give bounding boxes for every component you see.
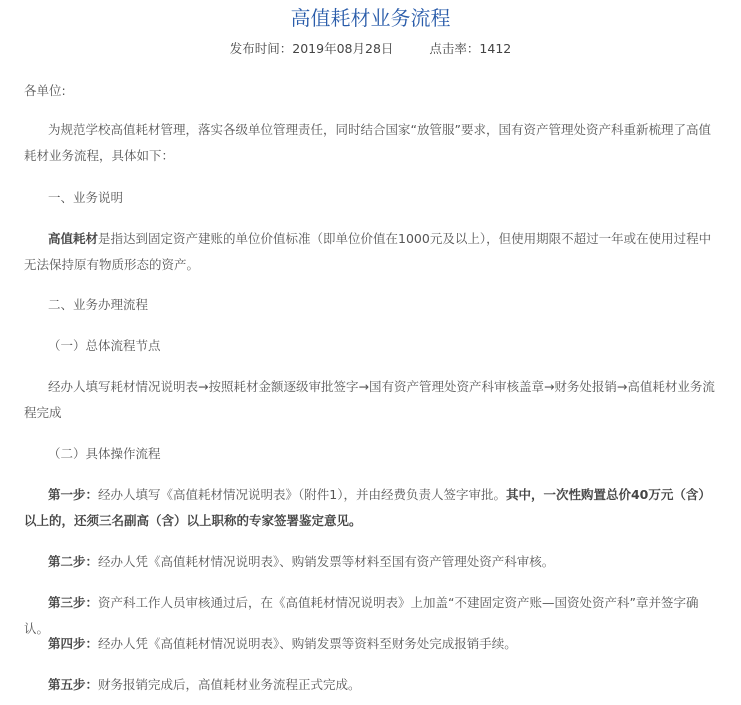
article-meta: 发布时间：2019年08月28日点击率：1412: [0, 40, 741, 58]
definition-term: 高值耗材: [48, 231, 98, 246]
click-count-label: 点击率：: [429, 41, 479, 56]
overall-flow-paragraph: 经办人填写耗材情况说明表→按照耗材金额逐级审批签字→国有资产管理处资产科审核盖章…: [24, 374, 720, 426]
step-2-label: 第二步：: [48, 554, 98, 569]
step-3-text: 资产科工作人员审核通过后，在《高值耗材情况说明表》上加盖“不建固定资产账—国资处…: [24, 595, 698, 636]
step-5: 第五步：财务报销完成后，高值耗材业务流程正式完成。: [24, 672, 720, 698]
section2-heading: 二、业务办理流程: [24, 292, 720, 318]
subsection1-heading: （一）总体流程节点: [24, 333, 720, 359]
publish-date-value: 2019年08月28日: [292, 41, 393, 56]
step-1-label: 第一步：: [48, 487, 98, 502]
step-4-label: 第四步：: [48, 636, 98, 651]
section1-heading: 一、业务说明: [24, 185, 720, 211]
intro-paragraph: 为规范学校高值耗材管理，落实各级单位管理责任，同时结合国家“放管服”要求，国有资…: [24, 117, 720, 169]
step-1: 第一步：经办人填写《高值耗材情况说明表》（附件1），并由经费负责人签字审批。其中…: [24, 482, 720, 534]
step-4: 第四步：经办人凭《高值耗材情况说明表》、购销发票等资料至财务处完成报销手续。: [24, 631, 720, 657]
step-4-text: 经办人凭《高值耗材情况说明表》、购销发票等资料至财务处完成报销手续。: [98, 636, 517, 651]
publish-date: 发布时间：2019年08月28日: [230, 41, 394, 56]
publish-date-label: 发布时间：: [230, 41, 293, 56]
salutation: 各单位:: [24, 78, 720, 104]
page-title: 高值耗材业务流程: [0, 5, 741, 31]
step-2-text: 经办人凭《高值耗材情况说明表》、购销发票等材料至国有资产管理处资产科审核。: [98, 554, 554, 569]
click-count: 点击率：1412: [429, 41, 511, 56]
subsection2-heading: （二）具体操作流程: [24, 441, 720, 467]
article: 高值耗材业务流程 发布时间：2019年08月28日点击率：1412 各单位: 为…: [0, 0, 741, 705]
step-2: 第二步：经办人凭《高值耗材情况说明表》、购销发票等材料至国有资产管理处资产科审核…: [24, 549, 720, 575]
definition-text: 是指达到固定资产建账的单位价值标准（即单位价值在1000元及以上），但使用期限不…: [24, 231, 711, 272]
definition-paragraph: 高值耗材是指达到固定资产建账的单位价值标准（即单位价值在1000元及以上），但使…: [24, 226, 720, 278]
step-5-label: 第五步：: [48, 677, 98, 692]
step-1-text: 经办人填写《高值耗材情况说明表》（附件1），并由经费负责人签字审批。: [98, 487, 506, 502]
step-5-text: 财务报销完成后，高值耗材业务流程正式完成。: [98, 677, 361, 692]
click-count-value: 1412: [479, 41, 511, 56]
step-3-label: 第三步：: [48, 595, 98, 610]
